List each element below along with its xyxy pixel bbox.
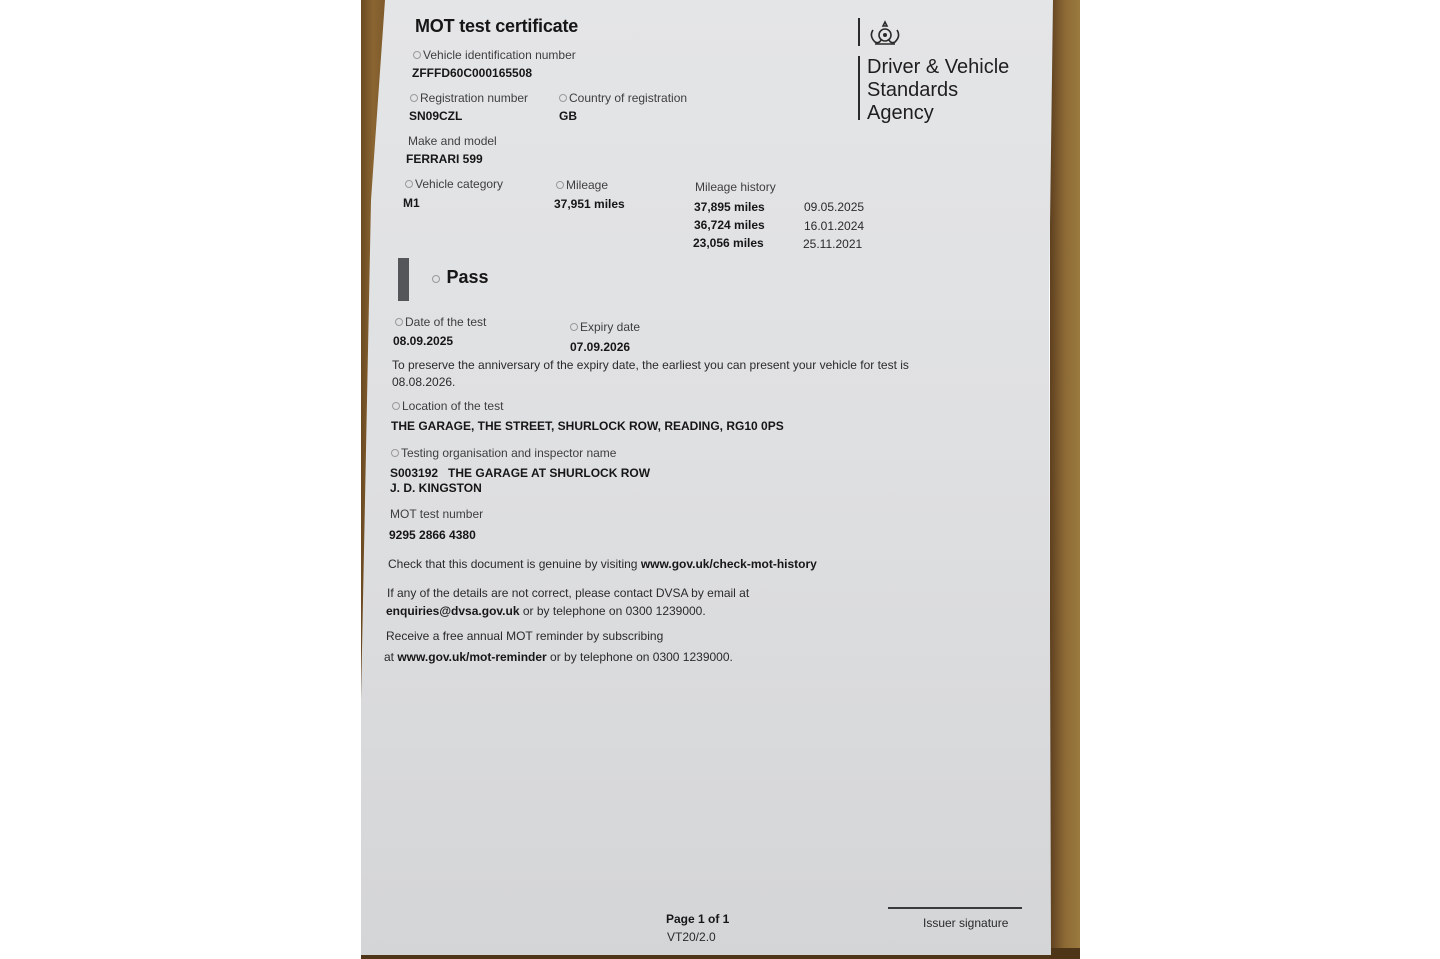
mileage-history-date-3: 25.11.2021 — [803, 237, 862, 251]
make-model-value: FERRARI 599 — [406, 152, 483, 166]
testing-org-label-text: Testing organisation and inspector name — [401, 446, 616, 460]
field-number-icon — [556, 181, 564, 189]
registration-label-text: Registration number — [420, 91, 528, 105]
location-label-text: Location of the test — [402, 399, 503, 413]
field-number-icon — [395, 318, 403, 326]
genuine-check-text: Check that this document is genuine by v… — [388, 557, 641, 571]
field-number-icon — [570, 323, 578, 331]
contact-phone-text: or by telephone on 0300 1239000. — [520, 604, 706, 618]
mot-reminder-link[interactable]: www.gov.uk/mot-reminder — [397, 650, 546, 664]
check-mot-history-link[interactable]: www.gov.uk/check-mot-history — [641, 557, 817, 571]
contact-notice-line2: enquiries@dvsa.gov.uk or by telephone on… — [386, 604, 706, 618]
country-label-text: Country of registration — [569, 91, 687, 105]
dvsa-email-link[interactable]: enquiries@dvsa.gov.uk — [386, 604, 520, 618]
result-status-bar — [398, 258, 409, 301]
field-number-icon — [559, 94, 567, 102]
agency-name-line1: Driver & Vehicle — [867, 56, 1009, 79]
result-status-text: Pass — [446, 267, 488, 287]
mileage-history-miles-1: 37,895 miles — [694, 200, 765, 214]
expiry-date-label: Expiry date — [570, 320, 640, 334]
test-date-value: 08.09.2025 — [393, 334, 453, 348]
form-code: VT20/2.0 — [667, 930, 716, 944]
logo-rule-top — [858, 18, 860, 46]
inspector-name: J. D. KINGSTON — [390, 481, 482, 495]
make-model-label: Make and model — [408, 134, 497, 148]
field-number-icon — [392, 402, 400, 410]
result-status: Pass — [432, 267, 489, 288]
reminder-notice-line2: at www.gov.uk/mot-reminder or by telepho… — [384, 650, 733, 664]
vehicle-category-label-text: Vehicle category — [415, 177, 503, 191]
document-title: MOT test certificate — [415, 16, 578, 37]
field-number-icon — [413, 51, 421, 59]
vin-label-text: Vehicle identification number — [423, 48, 576, 62]
expiry-date-label-text: Expiry date — [580, 320, 640, 334]
country-value: GB — [559, 109, 577, 123]
testing-org-label: Testing organisation and inspector name — [391, 446, 616, 460]
field-number-icon — [410, 94, 418, 102]
agency-name-line3: Agency — [867, 102, 1009, 125]
testing-org-value: S003192 THE GARAGE AT SHURLOCK ROW — [390, 466, 650, 480]
test-date-label: Date of the test — [395, 315, 486, 329]
royal-coat-of-arms-icon — [867, 18, 903, 48]
mot-certificate-sheet: MOT test certificate Vehicle identificat… — [361, 0, 1053, 955]
test-number-label: MOT test number — [390, 507, 483, 521]
table-edge-right — [1050, 0, 1080, 959]
genuine-check-notice: Check that this document is genuine by v… — [388, 557, 817, 571]
registration-value: SN09CZL — [409, 109, 462, 123]
field-number-icon — [432, 275, 440, 283]
vin-value: ZFFFD60C000165508 — [412, 66, 532, 80]
anniversary-note-line2: 08.08.2026. — [392, 375, 455, 389]
agency-name: Driver & Vehicle Standards Agency — [867, 56, 1009, 125]
field-number-icon — [405, 180, 413, 188]
issuer-signature-label: Issuer signature — [923, 916, 1008, 930]
mileage-label-text: Mileage — [566, 178, 608, 192]
logo-rule-bottom — [858, 56, 860, 120]
mileage-label: Mileage — [556, 178, 608, 192]
location-label: Location of the test — [392, 399, 503, 413]
contact-notice-line1: If any of the details are not correct, p… — [387, 586, 749, 600]
test-date-label-text: Date of the test — [405, 315, 486, 329]
vehicle-category-label: Vehicle category — [405, 177, 503, 191]
mileage-history-label: Mileage history — [695, 180, 776, 194]
mileage-history-date-2: 16.01.2024 — [804, 219, 864, 233]
vehicle-category-value: M1 — [403, 196, 420, 210]
page-indicator: Page 1 of 1 — [666, 912, 729, 926]
reminder-notice-line1: Receive a free annual MOT reminder by su… — [386, 629, 663, 643]
field-number-icon — [391, 449, 399, 457]
mileage-history-date-1: 09.05.2025 — [804, 200, 864, 214]
country-label: Country of registration — [559, 91, 687, 105]
mileage-history-miles-3: 23,056 miles — [693, 236, 764, 250]
agency-name-line2: Standards — [867, 79, 1009, 102]
reminder-phone-text: or by telephone on 0300 1239000. — [547, 650, 733, 664]
vin-label: Vehicle identification number — [413, 48, 576, 62]
mileage-history-miles-2: 36,724 miles — [694, 218, 765, 232]
registration-label: Registration number — [410, 91, 528, 105]
test-number-value: 9295 2866 4380 — [389, 528, 476, 542]
anniversary-note-line1: To preserve the anniversary of the expir… — [392, 358, 909, 372]
expiry-date-value: 07.09.2026 — [570, 340, 630, 354]
mileage-value: 37,951 miles — [554, 197, 625, 211]
signature-line — [888, 907, 1022, 909]
reminder-prefix-text: at — [384, 650, 397, 664]
location-value: THE GARAGE, THE STREET, SHURLOCK ROW, RE… — [391, 419, 784, 433]
